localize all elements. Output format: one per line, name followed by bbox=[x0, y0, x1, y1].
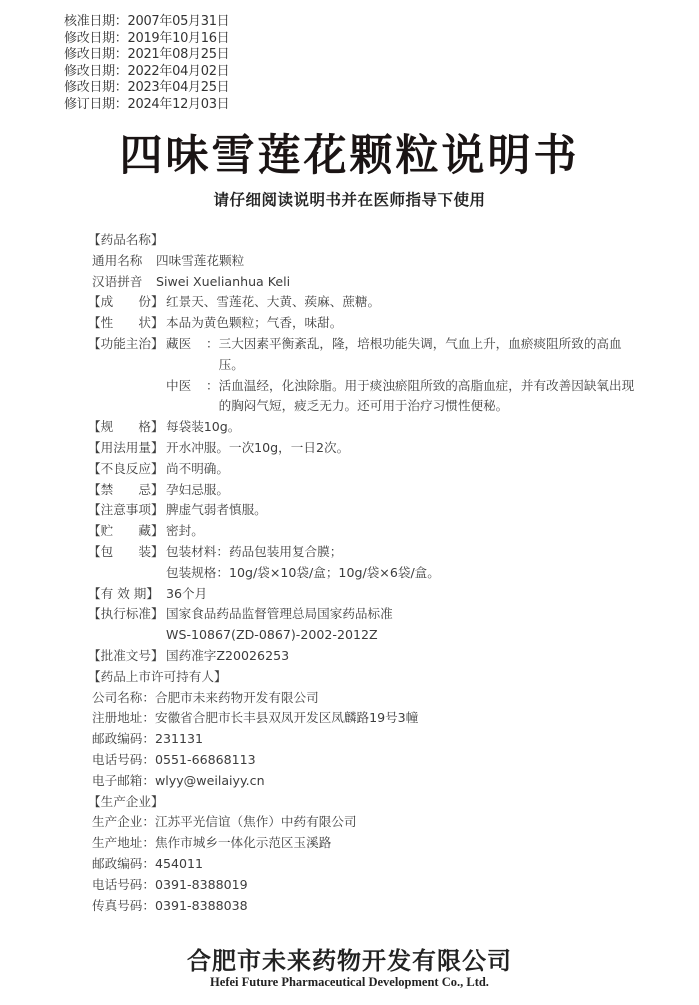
field-label: 传真号码： bbox=[88, 896, 155, 917]
date-row-revision: 修改日期：2022年04月02日 bbox=[64, 64, 229, 81]
section-label: 【用法用量】 bbox=[88, 438, 166, 459]
manufacturer-row: 邮政编码：454011 bbox=[88, 854, 648, 875]
company-name-cn: 合肥市未来药物开发有限公司 bbox=[0, 941, 699, 976]
revision-dates: 核准日期：2007年05月31日 修改日期：2019年10月16日 修改日期：2… bbox=[64, 14, 229, 113]
manufacturer-row: 传真号码：0391-8388038 bbox=[88, 896, 648, 917]
character-row: 【性 状】本品为黄色颗粒；气香，味甜。 bbox=[88, 313, 648, 334]
field-value: 安徽省合肥市长丰县双凤开发区凤麟路19号3幢 bbox=[155, 708, 418, 729]
section-label: 【药品上市许可持有人】 bbox=[88, 667, 227, 688]
field-label: 生产地址： bbox=[88, 833, 155, 854]
date-value: 2022年04月02日 bbox=[128, 64, 230, 79]
section-label: 【性 状】 bbox=[88, 313, 166, 334]
field-label: 注册地址： bbox=[88, 708, 155, 729]
manufacturer-row: 电话号码：0391-8388019 bbox=[88, 875, 648, 896]
tibetan-medicine-row: 藏医：三大因素平衡紊乱，隆，培根功能失调，气血上升，血瘀痰阻所致的高血压。 bbox=[166, 334, 637, 376]
mah-row: 注册地址：安徽省合肥市长丰县双凤开发区凤麟路19号3幢 bbox=[88, 708, 648, 729]
validity-row: 【有 效 期】36个月 bbox=[88, 584, 648, 605]
field-value: 0391-8388019 bbox=[155, 875, 248, 896]
section-value: 尚不明确。 bbox=[166, 459, 229, 480]
field-label: 电子邮箱： bbox=[88, 771, 155, 792]
section-value: 国家食品药品监督管理总局国家药品标准 bbox=[166, 604, 393, 625]
date-row-approval: 核准日期：2007年05月31日 bbox=[64, 14, 229, 31]
section-value: 红景天、雪莲花、大黄、蒺麻、蔗糖。 bbox=[166, 292, 380, 313]
indications-content: 藏医：三大因素平衡紊乱，隆，培根功能失调，气血上升，血瘀痰阻所致的高血压。 中医… bbox=[166, 334, 637, 417]
document-title: 四味雪莲花颗粒说明书 bbox=[0, 128, 699, 184]
colon-separator: ： bbox=[206, 376, 219, 418]
document-subtitle: 请仔细阅读说明书并在医师指导下使用 bbox=[0, 188, 699, 210]
section-value: WS-10867(ZD-0867)-2002-2012Z bbox=[166, 625, 378, 646]
section-value: 本品为黄色颗粒；气香，味甜。 bbox=[166, 313, 342, 334]
section-label: 【批准文号】 bbox=[88, 646, 166, 667]
date-label: 修改日期： bbox=[64, 47, 128, 62]
date-label: 修改日期： bbox=[64, 64, 128, 79]
date-value: 2019年10月16日 bbox=[128, 31, 230, 46]
date-value: 2007年05月31日 bbox=[128, 14, 230, 29]
field-value: 0551-66868113 bbox=[155, 750, 256, 771]
field-label: 电话号码： bbox=[88, 750, 155, 771]
date-value: 2023年04月25日 bbox=[128, 80, 230, 95]
date-label: 修改日期： bbox=[64, 31, 128, 46]
approval-row: 【批准文号】国药准字Z20026253 bbox=[88, 646, 648, 667]
section-label: 【有 效 期】 bbox=[88, 584, 166, 605]
sub-value: 三大因素平衡紊乱，隆，培根功能失调，气血上升，血瘀痰阻所致的高血压。 bbox=[219, 334, 637, 376]
field-value: 合肥市未来药物开发有限公司 bbox=[155, 688, 319, 709]
insert-body: 【药品名称】 通用名称四味雪莲花颗粒 汉语拼音Siwei Xuelianhua … bbox=[88, 230, 648, 916]
field-value: Siwei Xuelianhua Keli bbox=[156, 272, 290, 293]
drug-name-header: 【药品名称】 bbox=[88, 230, 648, 251]
company-name-en: Hefei Future Pharmaceutical Development … bbox=[0, 975, 699, 990]
date-label: 修改日期： bbox=[64, 80, 128, 95]
adverse-row: 【不良反应】尚不明确。 bbox=[88, 459, 648, 480]
date-row-amended: 修订日期：2024年12月03日 bbox=[64, 97, 229, 114]
section-label: 【执行标准】 bbox=[88, 604, 166, 625]
package-row-cont: 包装规格：10g/袋×10袋/盒；10g/袋×6袋/盒。 bbox=[88, 563, 648, 584]
date-label: 核准日期： bbox=[64, 14, 128, 29]
field-value: 454011 bbox=[155, 854, 203, 875]
field-label: 邮政编码： bbox=[88, 854, 155, 875]
date-row-revision: 修改日期：2023年04月25日 bbox=[64, 80, 229, 97]
field-label: 通用名称 bbox=[88, 251, 156, 272]
section-value: 密封。 bbox=[166, 521, 204, 542]
ingredients-row: 【成 份】红景天、雪莲花、大黄、蒺麻、蔗糖。 bbox=[88, 292, 648, 313]
section-value: 开水冲服。一次10g，一日2次。 bbox=[166, 438, 349, 459]
precautions-row: 【注意事项】脾虚气弱者慎服。 bbox=[88, 500, 648, 521]
mah-row: 电话号码：0551-66868113 bbox=[88, 750, 648, 771]
field-value: 江苏平光信谊（焦作）中药有限公司 bbox=[155, 812, 357, 833]
standard-row-cont: WS-10867(ZD-0867)-2002-2012Z bbox=[88, 625, 648, 646]
field-value: 231131 bbox=[155, 729, 203, 750]
tcm-row: 中医：活血温经，化浊除脂。用于痰浊瘀阻所致的高脂血症，并有改善因缺氧出现的胸闷气… bbox=[166, 376, 637, 418]
field-label: 汉语拼音 bbox=[88, 272, 156, 293]
dosage-row: 【用法用量】开水冲服。一次10g，一日2次。 bbox=[88, 438, 648, 459]
colon-separator: ： bbox=[206, 334, 219, 376]
field-label: 电话号码： bbox=[88, 875, 155, 896]
indications-row: 【功能主治】 藏医：三大因素平衡紊乱，隆，培根功能失调，气血上升，血瘀痰阻所致的… bbox=[88, 334, 648, 417]
section-label: 【注意事项】 bbox=[88, 500, 166, 521]
field-value: 0391-8388038 bbox=[155, 896, 248, 917]
section-label: 【生产企业】 bbox=[88, 792, 164, 813]
spec-row: 【规 格】每袋装10g。 bbox=[88, 417, 648, 438]
section-label: 【功能主治】 bbox=[88, 334, 166, 417]
package-row: 【包 装】包装材料：药品包装用复合膜； bbox=[88, 542, 648, 563]
date-row-revision: 修改日期：2019年10月16日 bbox=[64, 31, 229, 48]
section-value: 包装规格：10g/袋×10袋/盒；10g/袋×6袋/盒。 bbox=[166, 563, 440, 584]
mah-row: 邮政编码：231131 bbox=[88, 729, 648, 750]
field-label: 生产企业： bbox=[88, 812, 155, 833]
section-label: 【不良反应】 bbox=[88, 459, 166, 480]
section-label: 【禁 忌】 bbox=[88, 480, 166, 501]
section-value: 每袋装10g。 bbox=[166, 417, 240, 438]
sub-label: 藏医 bbox=[166, 334, 206, 376]
section-value: 脾虚气弱者慎服。 bbox=[166, 500, 267, 521]
storage-row: 【贮 藏】密封。 bbox=[88, 521, 648, 542]
mah-header: 【药品上市许可持有人】 bbox=[88, 667, 648, 688]
date-value: 2021年08月25日 bbox=[128, 47, 230, 62]
section-value: 孕妇忌服。 bbox=[166, 480, 229, 501]
section-value: 36个月 bbox=[166, 584, 207, 605]
sub-value: 活血温经，化浊除脂。用于痰浊瘀阻所致的高脂血症，并有改善因缺氧出现的胸闷气短，疲… bbox=[219, 376, 637, 418]
contraindications-row: 【禁 忌】孕妇忌服。 bbox=[88, 480, 648, 501]
sub-label: 中医 bbox=[166, 376, 206, 418]
field-value: 四味雪莲花颗粒 bbox=[156, 251, 244, 272]
manufacturer-row: 生产企业：江苏平光信谊（焦作）中药有限公司 bbox=[88, 812, 648, 833]
mah-row: 电子邮箱：wlyy@weilaiyy.cn bbox=[88, 771, 648, 792]
date-row-revision: 修改日期：2021年08月25日 bbox=[64, 47, 229, 64]
field-label: 公司名称： bbox=[88, 688, 155, 709]
pinyin-row: 汉语拼音Siwei Xuelianhua Keli bbox=[88, 272, 648, 293]
section-label: 【贮 藏】 bbox=[88, 521, 166, 542]
section-value: 包装材料：药品包装用复合膜； bbox=[166, 542, 342, 563]
generic-name-row: 通用名称四味雪莲花颗粒 bbox=[88, 251, 648, 272]
section-label: 【包 装】 bbox=[88, 542, 166, 563]
standard-row: 【执行标准】国家食品药品监督管理总局国家药品标准 bbox=[88, 604, 648, 625]
mah-row: 公司名称：合肥市未来药物开发有限公司 bbox=[88, 688, 648, 709]
manufacturer-header: 【生产企业】 bbox=[88, 792, 648, 813]
field-value: wlyy@weilaiyy.cn bbox=[155, 771, 265, 792]
section-label: 【成 份】 bbox=[88, 292, 166, 313]
section-label: 【药品名称】 bbox=[88, 230, 164, 251]
section-label: 【规 格】 bbox=[88, 417, 166, 438]
section-value: 国药准字Z20026253 bbox=[166, 646, 289, 667]
date-label: 修订日期： bbox=[64, 97, 128, 112]
field-value: 焦作市城乡一体化示范区玉溪路 bbox=[155, 833, 331, 854]
manufacturer-row: 生产地址：焦作市城乡一体化示范区玉溪路 bbox=[88, 833, 648, 854]
field-label: 邮政编码： bbox=[88, 729, 155, 750]
date-value: 2024年12月03日 bbox=[128, 97, 230, 112]
